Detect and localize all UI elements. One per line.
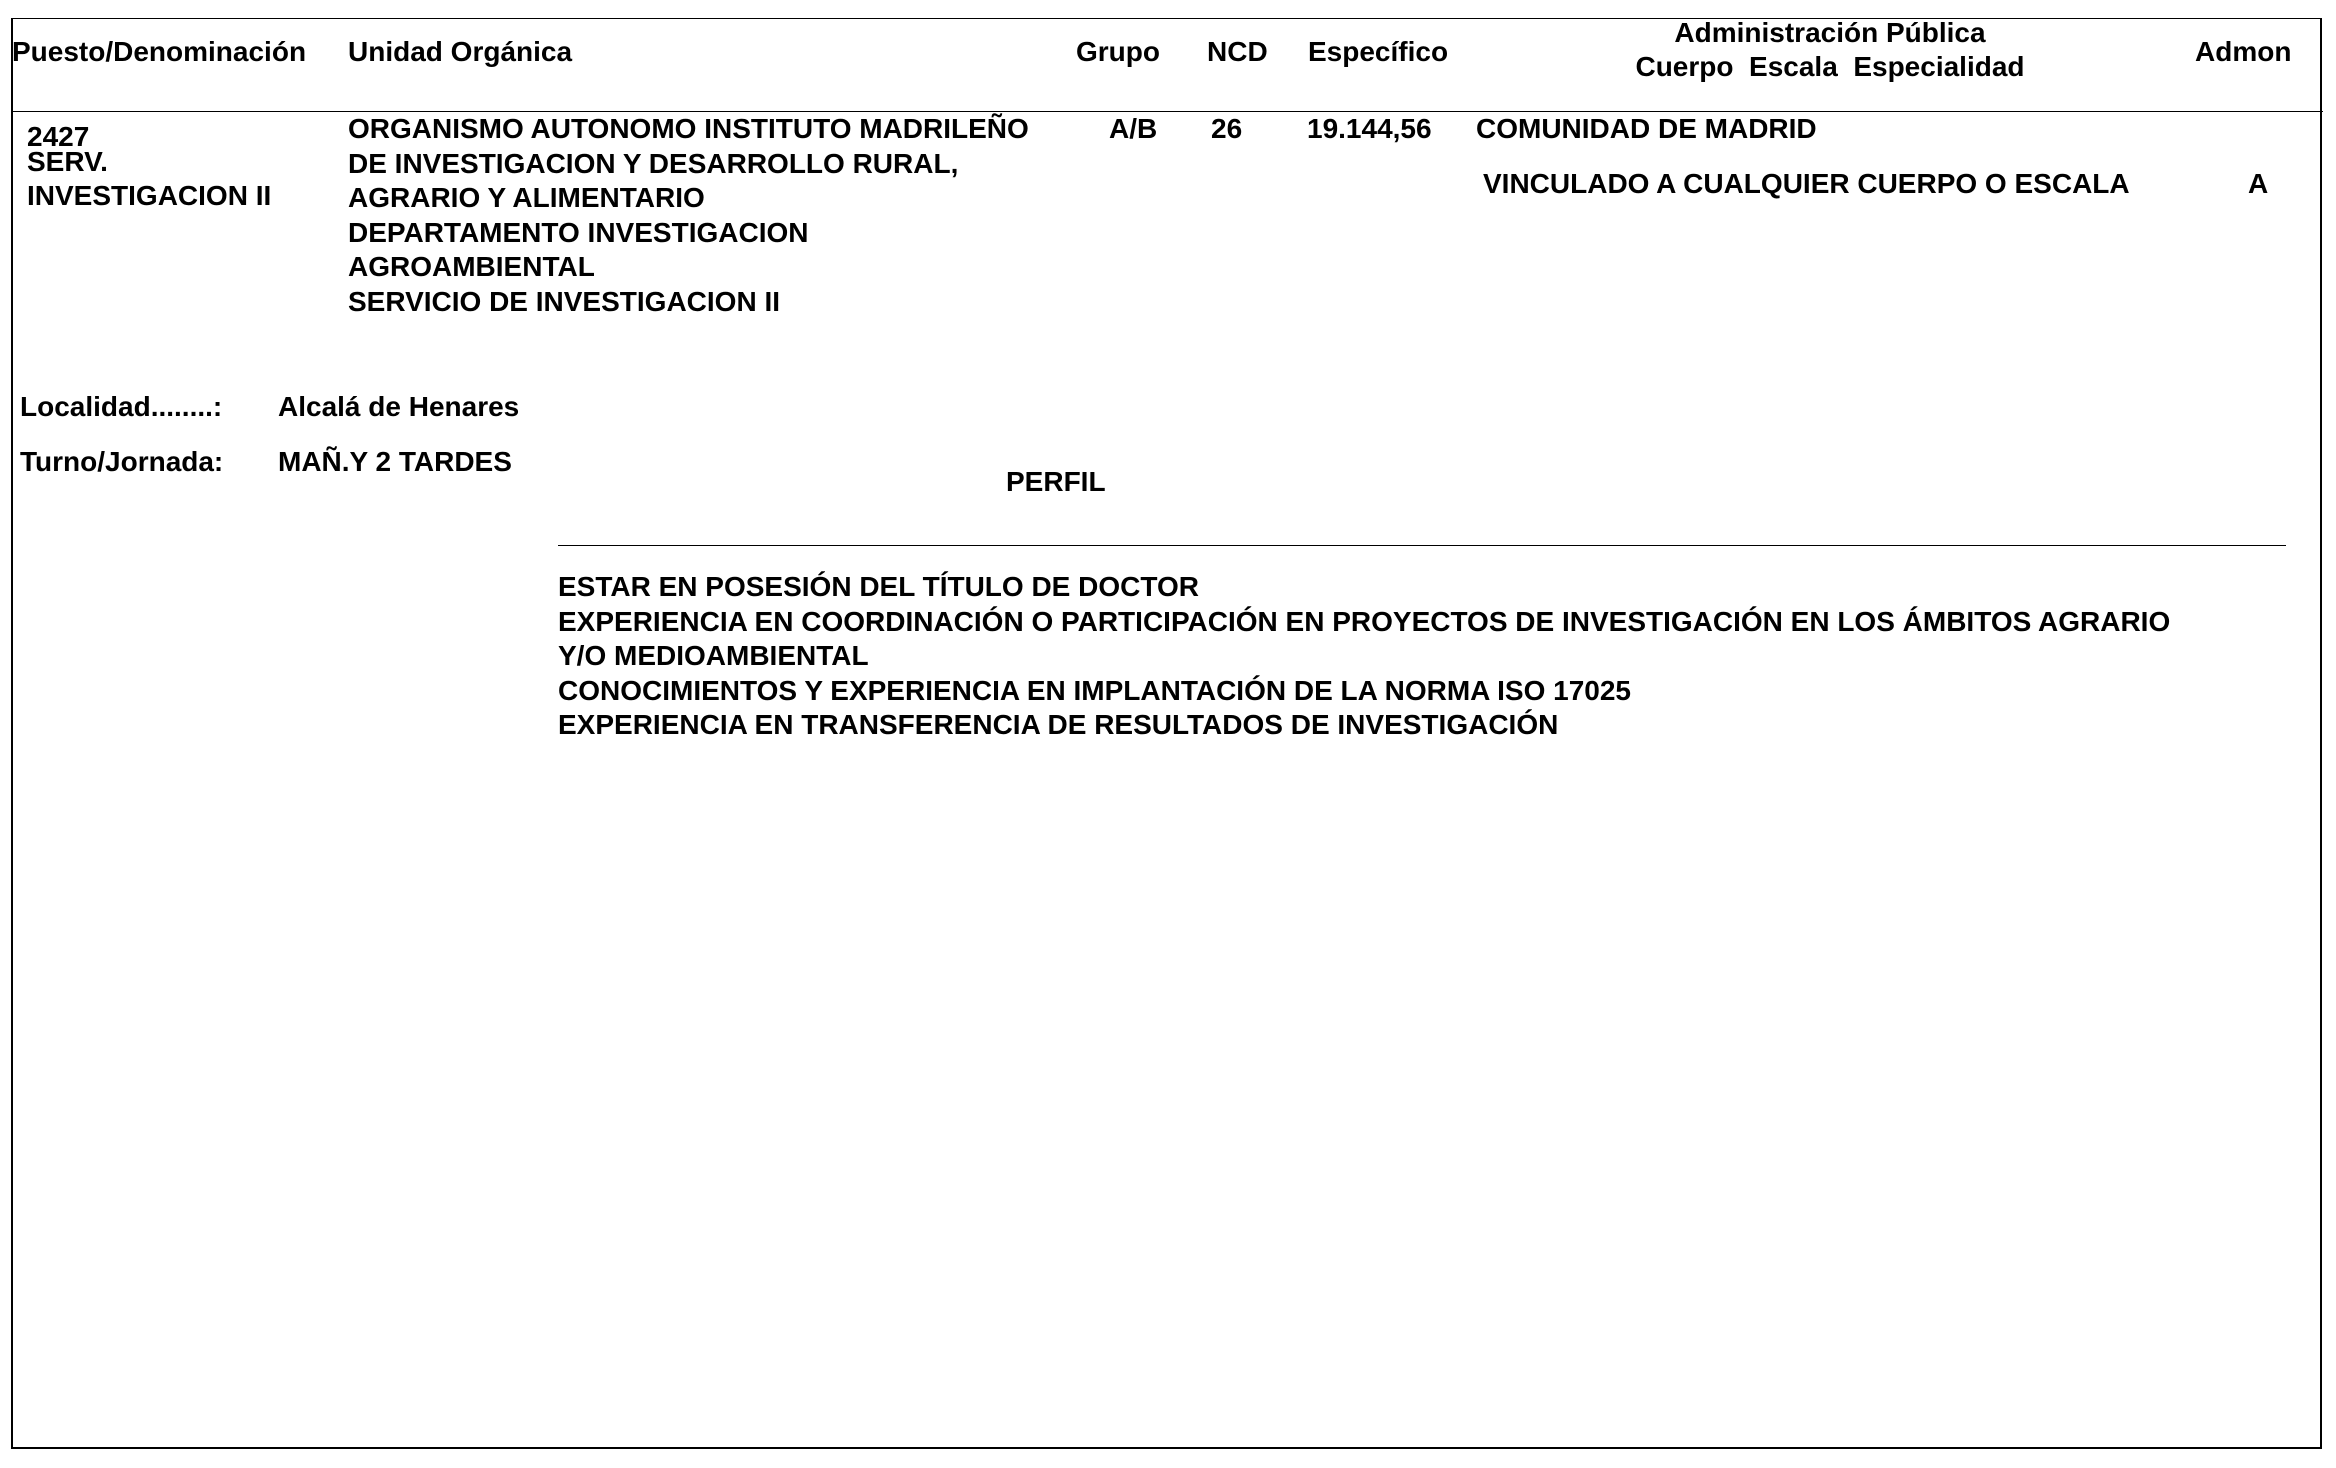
cuerpo-value: VINCULADO A CUALQUIER CUERPO O ESCALA [1483,167,2130,202]
grupo-value: A/B [1109,112,1157,147]
header-grupo: Grupo [1076,35,1160,70]
unidad-line: ORGANISMO AUTONOMO INSTITUTO MADRILEÑO [348,112,1029,147]
admon-value: A [2248,167,2268,202]
puesto-line: INVESTIGACION II [27,181,271,211]
unidad-line: AGROAMBIENTAL [348,250,1029,285]
unidad-line: DE INVESTIGACION Y DESARROLLO RURAL, [348,147,1029,182]
perfil-line: CONOCIMIENTOS Y EXPERIENCIA EN IMPLANTAC… [558,674,2170,709]
unidad-line: AGRARIO Y ALIMENTARIO [348,181,1029,216]
perfil-divider [558,545,2286,546]
perfil-list: ESTAR EN POSESIÓN DEL TÍTULO DE DOCTOR E… [558,570,2170,743]
perfil-title: PERFIL [1006,465,1106,500]
unidad-line: DEPARTAMENTO INVESTIGACION [348,216,1029,251]
localidad-label: Localidad........: [20,390,222,425]
puesto-cell: 2427 SERV. INVESTIGACION II [27,122,271,211]
header-puesto: Puesto/Denominación [12,35,306,70]
turno-label: Turno/Jornada: [20,445,223,480]
puesto-line: SERV. [27,147,271,177]
perfil-line: EXPERIENCIA EN COORDINACIÓN O PARTICIPAC… [558,605,2170,640]
header-especifico: Específico [1308,35,1448,70]
perfil-line: EXPERIENCIA EN TRANSFERENCIA DE RESULTAD… [558,708,2170,743]
administracion-value: COMUNIDAD DE MADRID [1476,112,1817,147]
header-unidad: Unidad Orgánica [348,35,572,70]
localidad-value: Alcalá de Henares [278,390,519,425]
header-admon: Admon [2195,35,2291,70]
turno-value: MAÑ.Y 2 TARDES [278,445,512,480]
header-administracion: Administración Pública [1540,16,2120,51]
unidad-line: SERVICIO DE INVESTIGACION II [348,285,1029,320]
header-cuerpo-escala-especialidad: Cuerpo Escala Especialidad [1540,50,2120,85]
ncd-value: 26 [1211,112,1242,147]
unidad-cell: ORGANISMO AUTONOMO INSTITUTO MADRILEÑO D… [348,112,1029,319]
perfil-line: Y/O MEDIOAMBIENTAL [558,639,2170,674]
perfil-line: ESTAR EN POSESIÓN DEL TÍTULO DE DOCTOR [558,570,2170,605]
especifico-value: 19.144,56 [1307,112,1432,147]
header-ncd: NCD [1207,35,1268,70]
